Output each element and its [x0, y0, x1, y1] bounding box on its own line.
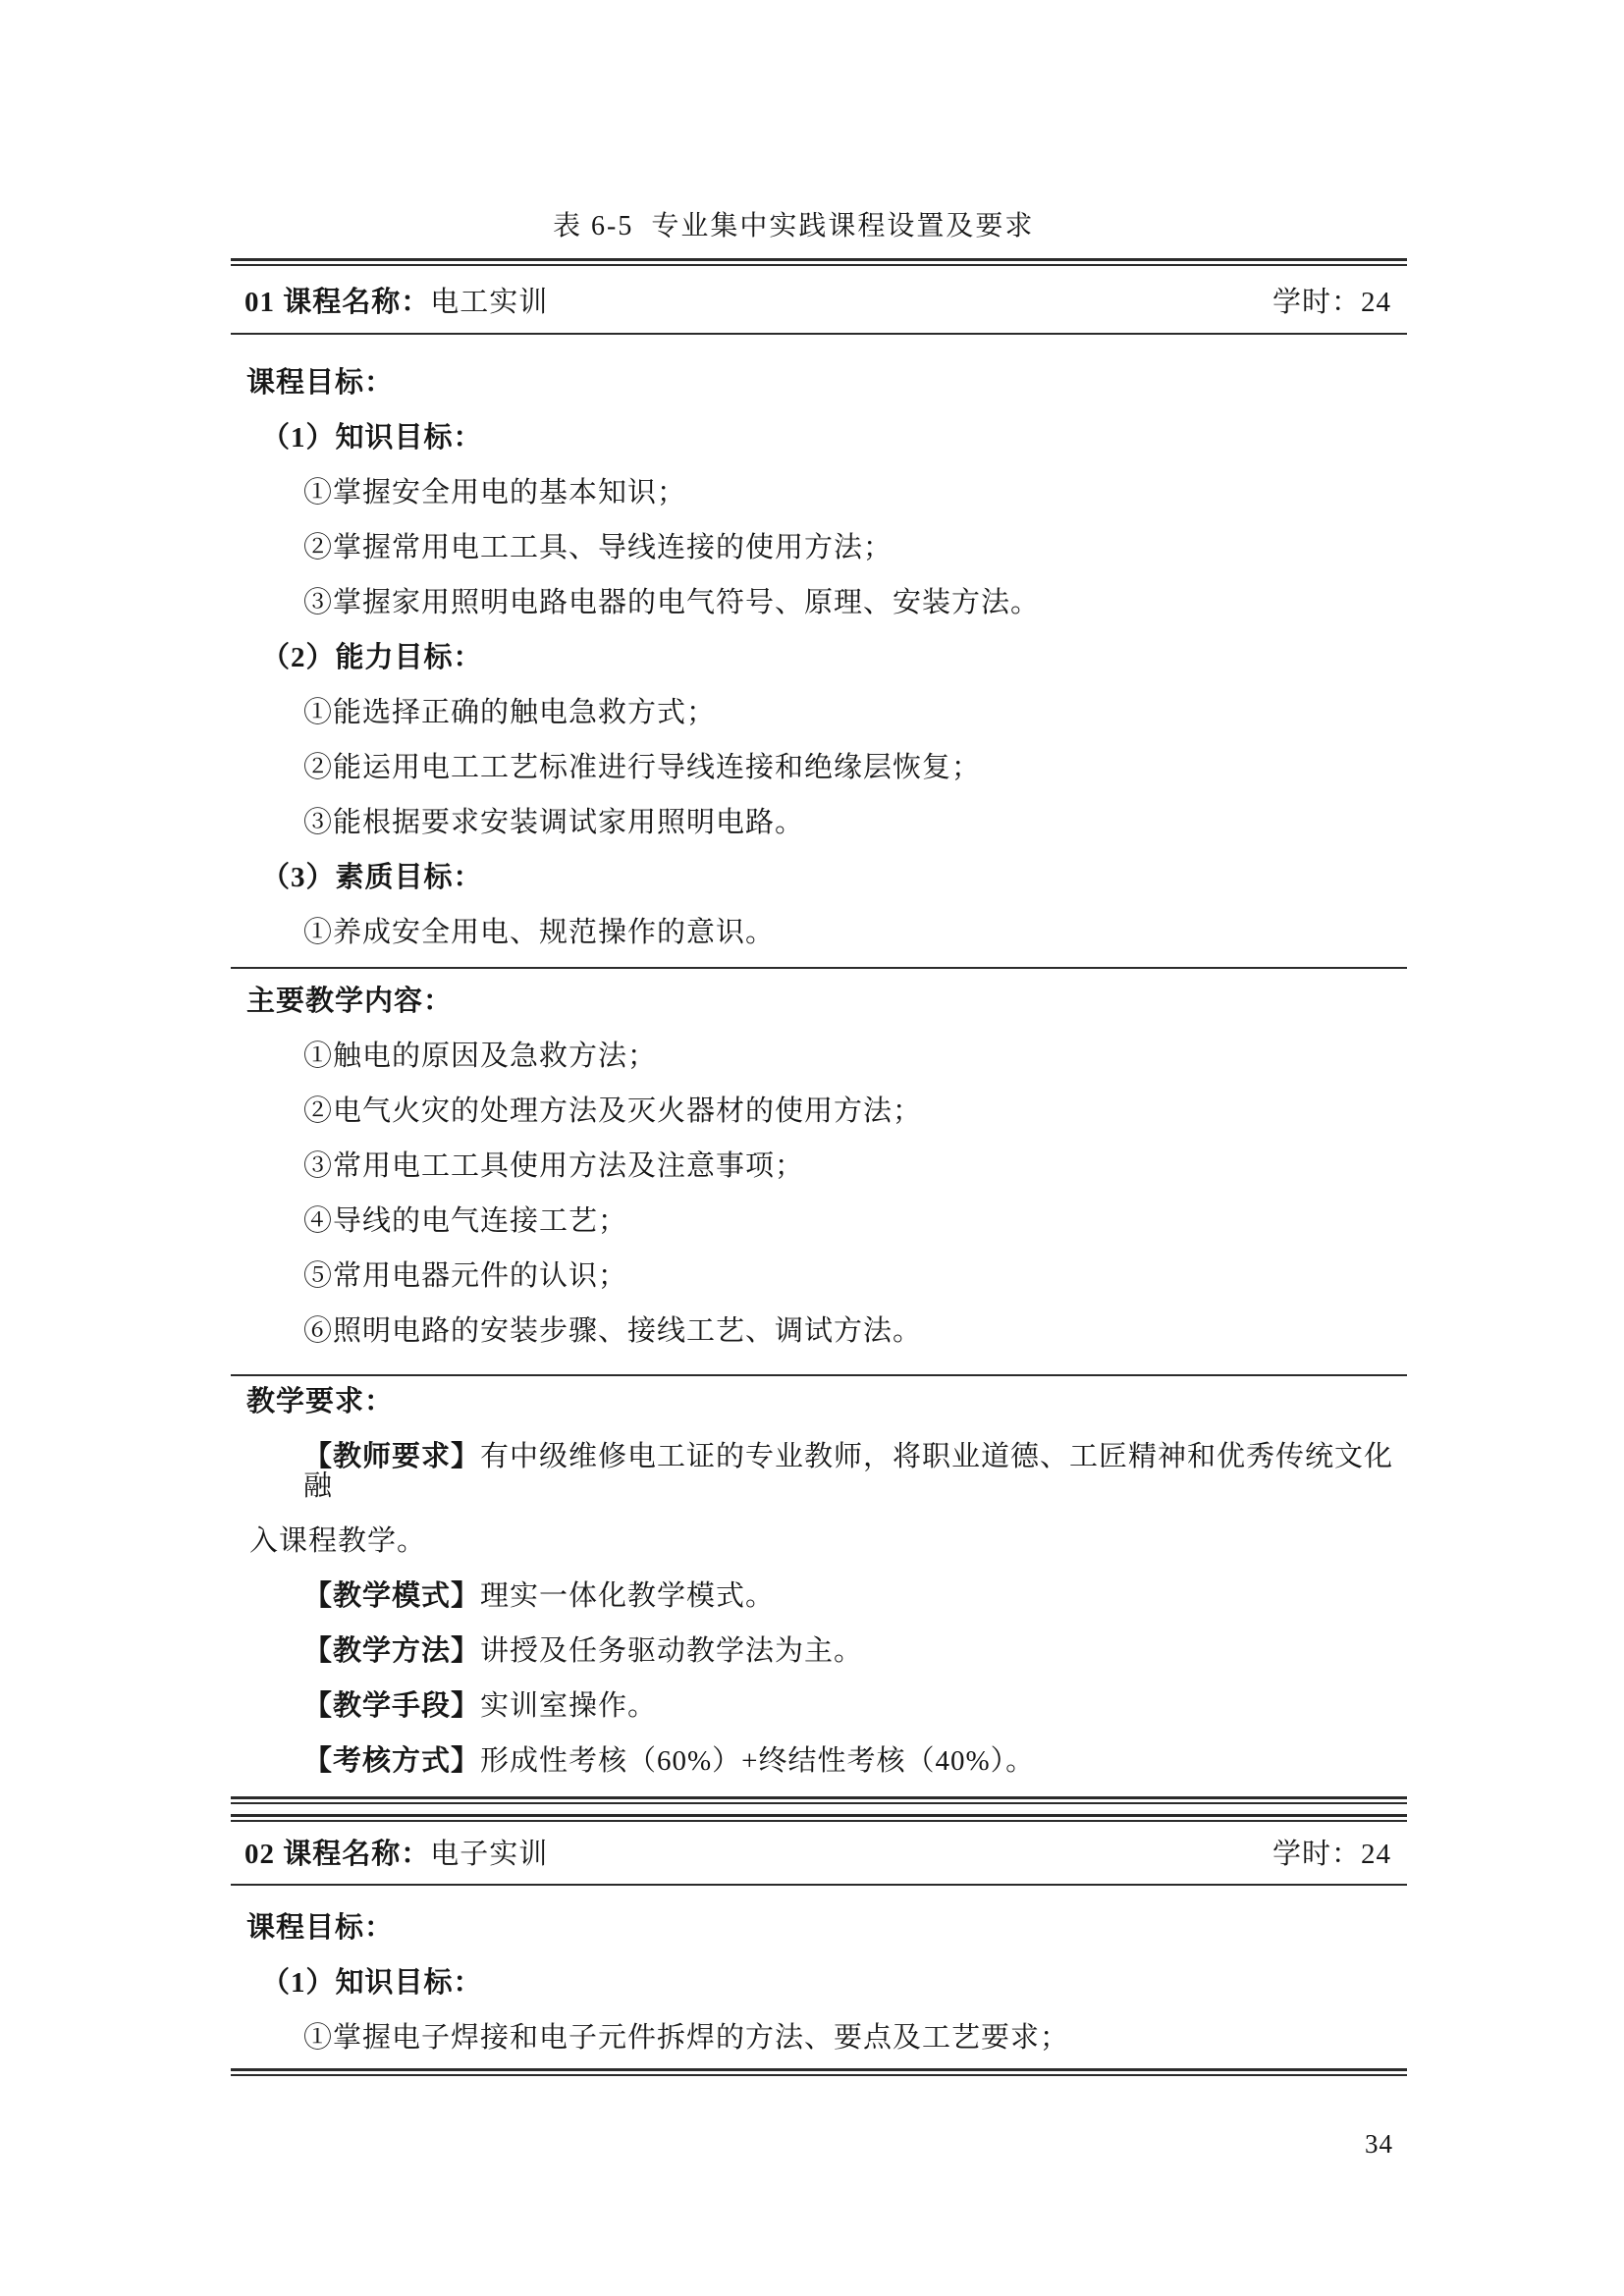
course-01-content-section: 主要教学内容： ①触电的原因及急救方法； ②电气火灾的处理方法及灭火器材的使用方… — [231, 987, 1407, 1374]
objective-item: ③能根据要求安装调试家用照明电路。 — [231, 808, 1407, 837]
single-rule — [231, 1884, 1407, 1886]
course-01-requirements-section: 教学要求： 【教师要求】有中级维修电工证的专业教师，将职业道德、工匠精神和优秀传… — [231, 1387, 1407, 1796]
requirement-item: 【教学手段】实训室操作。 — [231, 1691, 1407, 1721]
objectives-heading: 课程目标： — [231, 1913, 1407, 1943]
requirements-heading: 教学要求： — [231, 1387, 1407, 1416]
content-item: ⑤常用电器元件的认识； — [231, 1261, 1407, 1291]
requirement-item: 【教学方法】讲授及任务驱动教学法为主。 — [231, 1636, 1407, 1666]
content-item: ①触电的原因及急救方法； — [231, 1041, 1407, 1071]
course-02-name-label: 02 课程名称： — [244, 1839, 430, 1870]
course-02-header-row: 02 课程名称：电子实训 学时：24 — [231, 1822, 1407, 1884]
objective-item: ①能选择正确的触电急救方式； — [231, 698, 1407, 727]
requirement-text: 理实一体化教学模式。 — [480, 1580, 775, 1612]
course-01-header-row: 01 课程名称：电工实训 学时：24 — [231, 266, 1407, 333]
requirement-label: 【考核方式】 — [303, 1745, 480, 1777]
requirement-text: 讲授及任务驱动教学法为主。 — [480, 1635, 863, 1667]
course-02-hours-value: 24 — [1361, 1839, 1391, 1870]
double-rule-bottom — [231, 2068, 1407, 2076]
requirement-label: 【教学手段】 — [303, 1690, 480, 1722]
course-02-table: 02 课程名称：电子实训 学时：24 课程目标： （1）知识目标： ①掌握电子焊… — [231, 1814, 1407, 2076]
content-heading: 主要教学内容： — [231, 987, 1407, 1016]
course-01-hours-value: 24 — [1361, 287, 1391, 318]
objective-item: ②能运用电工工艺标准进行导线连接和绝缘层恢复； — [231, 753, 1407, 782]
requirement-label: 【教师要求】 — [303, 1441, 480, 1472]
objective-subheading: （3）素质目标： — [231, 863, 1407, 892]
objective-subheading: （1）知识目标： — [231, 423, 1407, 453]
course-02-name-value: 电子实训 — [430, 1839, 548, 1870]
double-rule-bottom — [231, 1796, 1407, 1804]
content-item: ②电气火灾的处理方法及灭火器材的使用方法； — [231, 1096, 1407, 1126]
page-number: 34 — [1365, 2130, 1393, 2158]
course-01-title: 01 课程名称：电工实训 — [244, 288, 548, 317]
course-01-hours: 学时：24 — [1272, 288, 1391, 317]
requirement-item: 【考核方式】形成性考核（60%）+终结性考核（40%）。 — [231, 1746, 1407, 1776]
content-item: ③常用电工工具使用方法及注意事项； — [231, 1151, 1407, 1181]
requirement-label: 【教学模式】 — [303, 1580, 480, 1612]
requirement-text: 实训室操作。 — [480, 1690, 657, 1722]
objective-item: ①养成安全用电、规范操作的意识。 — [231, 918, 1407, 947]
objectives-heading: 课程目标： — [231, 368, 1407, 398]
course-01-objectives-section: 课程目标： （1）知识目标： ①掌握安全用电的基本知识； ②掌握常用电工工具、导… — [231, 368, 1407, 967]
single-rule — [231, 1374, 1407, 1376]
requirement-item: 【教学模式】理实一体化教学模式。 — [231, 1581, 1407, 1611]
document-page: 表 6-5 专业集中实践课程设置及要求 01 课程名称：电工实训 学时：24 课… — [0, 0, 1624, 2296]
double-rule-top — [231, 1814, 1407, 1822]
requirement-item: 【教师要求】有中级维修电工证的专业教师，将职业道德、工匠精神和优秀传统文化融 — [231, 1442, 1407, 1501]
content-item: ④导线的电气连接工艺； — [231, 1206, 1407, 1236]
course-02-objectives-section: 课程目标： （1）知识目标： ①掌握电子焊接和电子元件拆焊的方法、要点及工艺要求… — [231, 1913, 1407, 2068]
course-01-table: 01 课程名称：电工实训 学时：24 课程目标： （1）知识目标： ①掌握安全用… — [231, 258, 1407, 1804]
table-caption: 表 6-5 专业集中实践课程设置及要求 — [553, 212, 1034, 241]
double-rule-top — [231, 258, 1407, 266]
course-02-hours-label: 学时： — [1272, 1839, 1361, 1870]
objective-item: ②掌握常用电工工具、导线连接的使用方法； — [231, 533, 1407, 562]
course-01-hours-label: 学时： — [1272, 287, 1361, 318]
objective-subheading: （1）知识目标： — [231, 1968, 1407, 1998]
course-02-title: 02 课程名称：电子实训 — [244, 1840, 548, 1869]
objective-subheading: （2）能力目标： — [231, 643, 1407, 672]
requirement-label: 【教学方法】 — [303, 1635, 480, 1667]
requirement-continuation: 入课程教学。 — [231, 1526, 1407, 1556]
course-02-hours: 学时：24 — [1272, 1840, 1391, 1869]
objective-item: ①掌握电子焊接和电子元件拆焊的方法、要点及工艺要求； — [231, 2023, 1407, 2053]
requirement-text: 形成性考核（60%）+终结性考核（40%）。 — [480, 1745, 1035, 1777]
course-01-name-value: 电工实训 — [430, 287, 548, 318]
objective-item: ①掌握安全用电的基本知识； — [231, 478, 1407, 507]
course-01-name-label: 01 课程名称： — [244, 287, 430, 318]
objective-item: ③掌握家用照明电路电器的电气符号、原理、安装方法。 — [231, 588, 1407, 617]
single-rule — [231, 333, 1407, 335]
single-rule — [231, 967, 1407, 969]
content-item: ⑥照明电路的安装步骤、接线工艺、调试方法。 — [231, 1316, 1407, 1346]
